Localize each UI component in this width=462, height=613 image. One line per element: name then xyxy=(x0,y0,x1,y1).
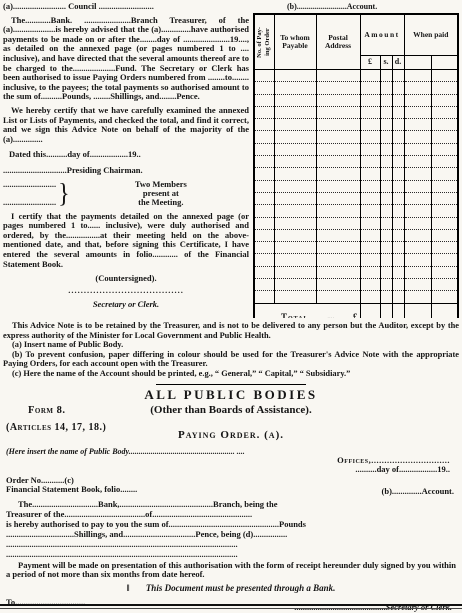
cell-when-paid-2 xyxy=(431,242,458,254)
countersign-signature-line: ..................................... xyxy=(3,286,249,296)
cell-address xyxy=(316,82,360,94)
cell-payee xyxy=(274,180,316,192)
cell-when-paid-2 xyxy=(431,217,458,229)
cell-when-paid-1 xyxy=(404,143,431,155)
cell-payee xyxy=(274,229,316,241)
authorisation-line: The...............................Bank,.… xyxy=(6,499,456,509)
cell-address xyxy=(316,205,360,217)
table-row xyxy=(254,279,458,291)
cell-pounds xyxy=(360,119,380,131)
cell-when-paid-1 xyxy=(404,205,431,217)
cell-address xyxy=(316,168,360,180)
cell-pounds xyxy=(360,217,380,229)
cell-payee xyxy=(274,242,316,254)
cell-address xyxy=(316,180,360,192)
cell-when-paid-1 xyxy=(404,119,431,131)
cell-when-paid-2 xyxy=(431,229,458,241)
cell-when-paid-2 xyxy=(431,106,458,118)
cell-address xyxy=(316,131,360,143)
total-pounds-cell xyxy=(360,303,380,318)
bottom-double-rule xyxy=(0,604,462,610)
cell-pounds xyxy=(360,229,380,241)
secretary-or-clerk-label: Secretary or Clerk. xyxy=(3,300,249,310)
cell-shillings xyxy=(380,291,392,303)
table-row xyxy=(254,156,458,168)
cell-order-no xyxy=(254,279,274,291)
cell-pence xyxy=(392,82,404,94)
cell-address xyxy=(316,242,360,254)
cell-pence xyxy=(392,156,404,168)
cell-payee xyxy=(274,279,316,291)
cell-shillings xyxy=(380,94,392,106)
cell-pence xyxy=(392,143,404,155)
two-members-block: ......................... ..............… xyxy=(3,180,249,208)
subcolumn-header-pounds: £ xyxy=(360,56,380,70)
cell-when-paid-1 xyxy=(404,94,431,106)
date-fill-line: ..........day of..................19.. xyxy=(6,465,450,475)
paying-order-title: Paying Order. (a). xyxy=(6,429,456,441)
authorisation-line: Treasurer of the........................… xyxy=(6,509,456,519)
cell-when-paid-2 xyxy=(431,119,458,131)
cell-payee xyxy=(274,291,316,303)
cell-shillings xyxy=(380,279,392,291)
cell-order-no xyxy=(254,168,274,180)
brace-glyph: } xyxy=(58,180,70,208)
cell-when-paid-2 xyxy=(431,156,458,168)
cell-when-paid-2 xyxy=(431,82,458,94)
table-row xyxy=(254,192,458,204)
member-signature-line: ......................... xyxy=(3,180,56,190)
cell-pence xyxy=(392,131,404,143)
cell-pounds xyxy=(360,168,380,180)
cell-order-no xyxy=(254,94,274,106)
cell-address xyxy=(316,279,360,291)
cell-order-no xyxy=(254,143,274,155)
cell-shillings xyxy=(380,242,392,254)
footnote-b: (b) To prevent confusion, paper differin… xyxy=(3,350,459,369)
cell-shillings xyxy=(380,106,392,118)
total-when-paid-2 xyxy=(431,303,458,318)
table-row xyxy=(254,106,458,118)
footnotes-section: This Advice Note is to be retained by th… xyxy=(0,318,462,379)
cell-pounds xyxy=(360,131,380,143)
cell-when-paid-1 xyxy=(404,168,431,180)
cell-shillings xyxy=(380,180,392,192)
cell-payee xyxy=(274,70,316,82)
cell-order-no xyxy=(254,131,274,143)
cell-shillings xyxy=(380,229,392,241)
retention-note: This Advice Note is to be retained by th… xyxy=(3,321,459,340)
cell-pence xyxy=(392,242,404,254)
cell-order-no xyxy=(254,254,274,266)
cell-when-paid-1 xyxy=(404,266,431,278)
cell-address xyxy=(316,291,360,303)
table-row xyxy=(254,143,458,155)
scanned-form-page: (a)......................... Council ...… xyxy=(0,0,462,613)
cell-when-paid-1 xyxy=(404,229,431,241)
cell-shillings xyxy=(380,217,392,229)
cell-pence xyxy=(392,119,404,131)
paying-order-form-section: ALL PUBLIC BODIES Form 8. (Other than Bo… xyxy=(0,387,462,613)
total-label: Total xyxy=(281,312,309,318)
column-header-paying-order-number: No. of Pay-ing Order xyxy=(254,14,274,70)
cell-address xyxy=(316,106,360,118)
cell-payee xyxy=(274,106,316,118)
advice-paragraph-certify: We hereby certify that we have carefully… xyxy=(3,106,249,144)
cell-order-no xyxy=(254,229,274,241)
table-row xyxy=(254,254,458,266)
cell-order-no xyxy=(254,119,274,131)
footnote-a: (a) Insert name of Public Body. xyxy=(3,340,459,350)
total-leader-dots: .... xyxy=(309,313,353,318)
cell-pounds xyxy=(360,291,380,303)
cell-payee xyxy=(274,131,316,143)
cell-address xyxy=(316,266,360,278)
advice-paragraph-clerk-certify: I certify that the payments detailed on … xyxy=(3,212,249,270)
total-row: Total .... £ xyxy=(254,303,458,318)
cell-when-paid-2 xyxy=(431,131,458,143)
cell-payee xyxy=(274,192,316,204)
cell-order-no xyxy=(254,242,274,254)
member-signature-line: ......................... xyxy=(3,198,56,208)
table-row xyxy=(254,180,458,192)
authorisation-line: is hereby authorised to pay to you the s… xyxy=(6,519,456,529)
payments-table-body xyxy=(254,70,458,304)
cell-pounds xyxy=(360,70,380,82)
cell-address xyxy=(316,229,360,241)
authorisation-line: ........................................… xyxy=(6,549,456,559)
cell-when-paid-2 xyxy=(431,180,458,192)
cell-shillings xyxy=(380,70,392,82)
table-row xyxy=(254,70,458,82)
cell-pence xyxy=(392,106,404,118)
advice-note-text-column: (a)......................... Council ...… xyxy=(3,2,253,318)
table-row xyxy=(254,242,458,254)
cell-pence xyxy=(392,180,404,192)
cell-when-paid-1 xyxy=(404,291,431,303)
total-shillings-cell xyxy=(380,303,392,318)
table-row xyxy=(254,168,458,180)
cell-order-no xyxy=(254,217,274,229)
payment-conditions-paragraph: Payment will be made on presentation of … xyxy=(6,561,456,581)
cell-when-paid-1 xyxy=(404,192,431,204)
account-fill-line: (b).........................Account. xyxy=(253,2,460,12)
cell-payee xyxy=(274,205,316,217)
cell-address xyxy=(316,192,360,204)
total-pence-cell xyxy=(392,303,404,318)
cell-address xyxy=(316,70,360,82)
cell-shillings xyxy=(380,143,392,155)
cell-order-no xyxy=(254,192,274,204)
cell-when-paid-1 xyxy=(404,131,431,143)
subcolumn-header-shillings: s. xyxy=(380,56,392,70)
table-row xyxy=(254,291,458,303)
cell-shillings xyxy=(380,156,392,168)
cell-when-paid-1 xyxy=(404,242,431,254)
cell-shillings xyxy=(380,168,392,180)
cell-pence xyxy=(392,205,404,217)
column-header-when-paid: When paid xyxy=(404,14,458,56)
cell-order-no xyxy=(254,266,274,278)
cell-when-paid-1 xyxy=(404,106,431,118)
cell-pence xyxy=(392,254,404,266)
cell-pounds xyxy=(360,266,380,278)
total-cell: Total .... £ xyxy=(254,303,360,318)
cell-when-paid-1 xyxy=(404,82,431,94)
cell-shillings xyxy=(380,192,392,204)
presiding-chairman-line: ..............................Presiding … xyxy=(3,166,249,176)
total-when-paid-1 xyxy=(404,303,431,318)
cell-order-no xyxy=(254,106,274,118)
cell-payee xyxy=(274,168,316,180)
authorisation-line: ................................Shilling… xyxy=(6,529,456,539)
column-header-to-whom-payable: To whom Payable xyxy=(274,14,316,70)
cell-when-paid-2 xyxy=(431,279,458,291)
cell-order-no xyxy=(254,70,274,82)
cell-payee xyxy=(274,94,316,106)
cell-address xyxy=(316,119,360,131)
table-row xyxy=(254,94,458,106)
cell-address xyxy=(316,94,360,106)
subheading: (Other than Boards of Assistance). xyxy=(150,404,311,416)
cell-shillings xyxy=(380,266,392,278)
cell-address xyxy=(316,156,360,168)
cell-order-no xyxy=(254,205,274,217)
subcolumn-header-pence: d. xyxy=(392,56,404,70)
cell-payee xyxy=(274,254,316,266)
cell-pounds xyxy=(360,94,380,106)
double-bar-mark: ‖ xyxy=(127,583,130,593)
total-currency-symbol: £ xyxy=(353,312,358,318)
cell-pounds xyxy=(360,242,380,254)
cell-payee xyxy=(274,119,316,131)
cell-pounds xyxy=(360,254,380,266)
cell-shillings xyxy=(380,131,392,143)
cell-order-no xyxy=(254,82,274,94)
cell-pounds xyxy=(360,192,380,204)
advice-note-section: (a)......................... Council ...… xyxy=(0,0,462,318)
authorisation-line: ........................................… xyxy=(6,539,456,549)
cell-when-paid-1 xyxy=(404,254,431,266)
cell-address xyxy=(316,217,360,229)
cell-pence xyxy=(392,168,404,180)
cell-payee xyxy=(274,82,316,94)
rotated-header-text: No. of Pay-ing Order xyxy=(256,27,272,58)
cell-shillings xyxy=(380,82,392,94)
cell-pence xyxy=(392,217,404,229)
payments-table: No. of Pay-ing Order To whom Payable Pos… xyxy=(253,13,459,318)
cell-order-no xyxy=(254,180,274,192)
cell-when-paid-2 xyxy=(431,168,458,180)
cell-address xyxy=(316,143,360,155)
two-members-caption: Two Members present at the Meeting. xyxy=(73,180,249,207)
council-fill-line: (a)......................... Council ...… xyxy=(3,2,249,12)
payments-table-header: No. of Pay-ing Order To whom Payable Pos… xyxy=(254,14,458,70)
cell-payee xyxy=(274,217,316,229)
when-paid-subcolumn xyxy=(404,56,431,70)
cell-when-paid-2 xyxy=(431,94,458,106)
cell-payee xyxy=(274,143,316,155)
cell-shillings xyxy=(380,119,392,131)
form-number-label: Form 8. xyxy=(28,405,66,416)
cell-pence xyxy=(392,291,404,303)
table-row xyxy=(254,217,458,229)
dated-line: Dated this..........day of..............… xyxy=(3,150,249,160)
articles-title-row: (Articles 14, 17, 18.) Paying Order. (a)… xyxy=(6,420,456,444)
cell-when-paid-2 xyxy=(431,192,458,204)
table-row xyxy=(254,229,458,241)
cell-address xyxy=(316,254,360,266)
cell-payee xyxy=(274,266,316,278)
cell-when-paid-2 xyxy=(431,143,458,155)
two-members-caption-line: the Meeting. xyxy=(73,198,249,207)
all-public-bodies-heading: ALL PUBLIC BODIES xyxy=(6,387,456,403)
cell-when-paid-2 xyxy=(431,70,458,82)
cell-pence xyxy=(392,279,404,291)
cell-when-paid-1 xyxy=(404,180,431,192)
cell-pence xyxy=(392,94,404,106)
table-row xyxy=(254,119,458,131)
cell-pounds xyxy=(360,180,380,192)
cell-shillings xyxy=(380,205,392,217)
member-signature-lines: ......................... ..............… xyxy=(3,180,56,208)
cell-when-paid-2 xyxy=(431,291,458,303)
cell-shillings xyxy=(380,254,392,266)
authorisation-paragraph: The...............................Bank,.… xyxy=(6,499,456,559)
cell-payee xyxy=(274,156,316,168)
cell-pence xyxy=(392,70,404,82)
countersigned-label: (Countersigned). xyxy=(3,274,249,284)
cell-order-no xyxy=(254,156,274,168)
when-paid-subcolumn xyxy=(431,56,458,70)
cell-when-paid-2 xyxy=(431,205,458,217)
present-through-bank-text: This Document must be presented through … xyxy=(146,583,336,593)
cell-pounds xyxy=(360,205,380,217)
cell-pounds xyxy=(360,106,380,118)
cell-pence xyxy=(392,266,404,278)
advice-paragraph-authorisation: The............Bank. ...................… xyxy=(3,16,249,102)
cell-when-paid-1 xyxy=(404,217,431,229)
footnote-c: (c) Here the name of the Account should … xyxy=(3,369,459,379)
column-header-amount: Amount xyxy=(360,14,404,56)
cell-when-paid-1 xyxy=(404,156,431,168)
section-divider-rule xyxy=(156,384,306,385)
cell-order-no xyxy=(254,291,274,303)
cell-when-paid-2 xyxy=(431,254,458,266)
table-row xyxy=(254,205,458,217)
present-through-bank-line: ‖ This Document must be presented throug… xyxy=(6,583,456,593)
table-row xyxy=(254,82,458,94)
payments-table-footer: Total .... £ xyxy=(254,303,458,318)
cell-when-paid-1 xyxy=(404,70,431,82)
cell-when-paid-1 xyxy=(404,279,431,291)
cell-pounds xyxy=(360,279,380,291)
column-header-postal-address: Postal Address xyxy=(316,14,360,70)
cell-pence xyxy=(392,192,404,204)
cell-pence xyxy=(392,229,404,241)
cell-pounds xyxy=(360,156,380,168)
payments-table-column: (b).........................Account. No.… xyxy=(253,2,460,318)
cell-pounds xyxy=(360,143,380,155)
table-row xyxy=(254,131,458,143)
offices-date-block: Offices,.............................. .… xyxy=(6,456,456,475)
cell-pounds xyxy=(360,82,380,94)
table-row xyxy=(254,266,458,278)
form-heading-row: Form 8. (Other than Boards of Assistance… xyxy=(6,404,456,416)
cell-when-paid-2 xyxy=(431,266,458,278)
